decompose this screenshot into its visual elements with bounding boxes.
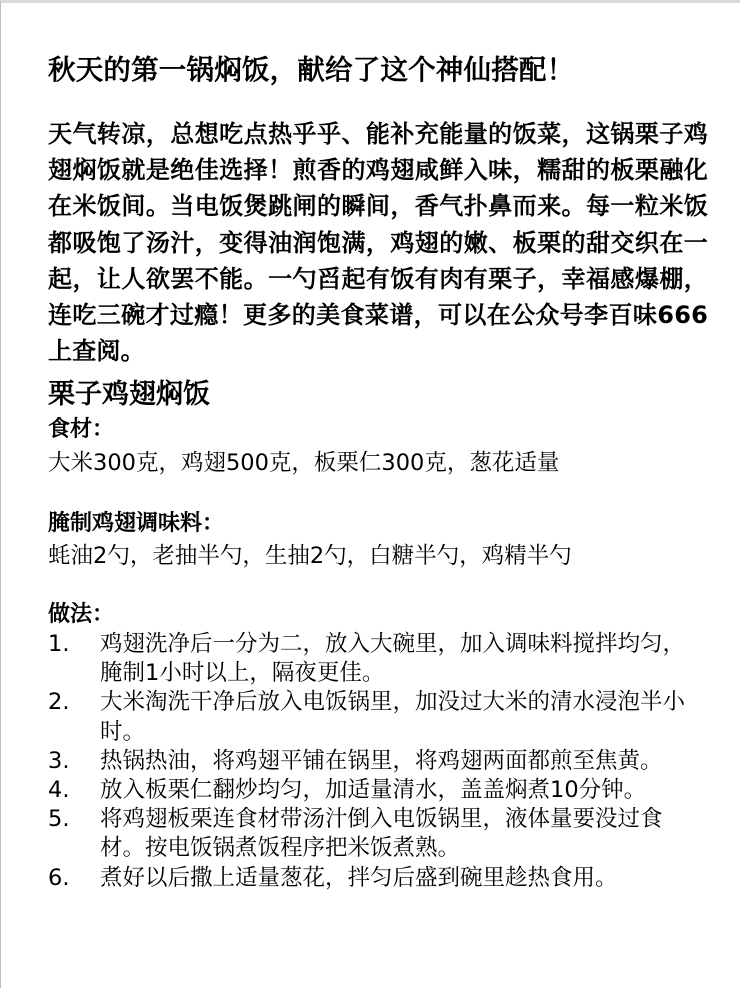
ingredients-label: 食材：	[48, 414, 114, 446]
step-text: 煮好以后撒上适量葱花，拌匀后盛到碗里趁热食用。	[100, 864, 705, 893]
marinade-text: 蚝油2勺，老抽半勺，生抽2勺，白糖半勺，鸡精半勺	[48, 540, 572, 572]
step-number: 5.	[48, 805, 69, 834]
ingredients-text: 大米300克，鸡翅500克，板栗仁300克，葱花适量	[48, 447, 559, 479]
step-number: 1.	[48, 630, 69, 659]
method-label: 做法：	[48, 599, 114, 631]
step-text: 将鸡翅板栗连食材带汤汁倒入电饭锅里，液体量要没过食材。按电饭锅煮饭程序把米饭煮熟…	[100, 805, 705, 863]
step-item-1: 1. 鸡翅洗净后一分为二，放入大碗里，加入调味料搅拌均匀，腌制1小时以上，隔夜更…	[48, 630, 705, 688]
step-item-4: 4. 放入板栗仁翻炒均匀，加适量清水，盖盖焖煮10分钟。	[48, 776, 705, 805]
intro-paragraph: 天气转凉，总想吃点热乎乎、能补充能量的饭菜，这锅栗子鸡翅焖饭就是绝佳选择！煎香的…	[48, 116, 708, 369]
step-item-6: 6. 煮好以后撒上适量葱花，拌匀后盛到碗里趁热食用。	[48, 864, 705, 893]
method-steps-list: 1. 鸡翅洗净后一分为二，放入大碗里，加入调味料搅拌均匀，腌制1小时以上，隔夜更…	[48, 630, 708, 893]
step-number: 2.	[48, 688, 69, 717]
step-text: 放入板栗仁翻炒均匀，加适量清水，盖盖焖煮10分钟。	[100, 776, 705, 805]
step-item-5: 5. 将鸡翅板栗连食材带汤汁倒入电饭锅里，液体量要没过食材。按电饭锅煮饭程序把米…	[48, 805, 705, 863]
marinade-label: 腌制鸡翅调味料：	[48, 508, 224, 540]
step-text: 热锅热油，将鸡翅平铺在锅里，将鸡翅两面都煎至焦黄。	[100, 747, 705, 776]
article-title: 秋天的第一锅焖饭，献给了这个神仙搭配！	[48, 50, 574, 90]
step-number: 3.	[48, 747, 69, 776]
step-item-3: 3. 热锅热油，将鸡翅平铺在锅里，将鸡翅两面都煎至焦黄。	[48, 747, 705, 776]
step-number: 4.	[48, 776, 69, 805]
recipe-title: 栗子鸡翅焖饭	[48, 376, 210, 414]
document-page: 秋天的第一锅焖饭，献给了这个神仙搭配！ 天气转凉，总想吃点热乎乎、能补充能量的饭…	[0, 0, 740, 988]
step-number: 6.	[48, 864, 69, 893]
step-item-2: 2. 大米淘洗干净后放入电饭锅里，加没过大米的清水浸泡半小时。	[48, 688, 705, 746]
step-text: 鸡翅洗净后一分为二，放入大碗里，加入调味料搅拌均匀，腌制1小时以上，隔夜更佳。	[100, 630, 705, 688]
step-text: 大米淘洗干净后放入电饭锅里，加没过大米的清水浸泡半小时。	[100, 688, 705, 746]
